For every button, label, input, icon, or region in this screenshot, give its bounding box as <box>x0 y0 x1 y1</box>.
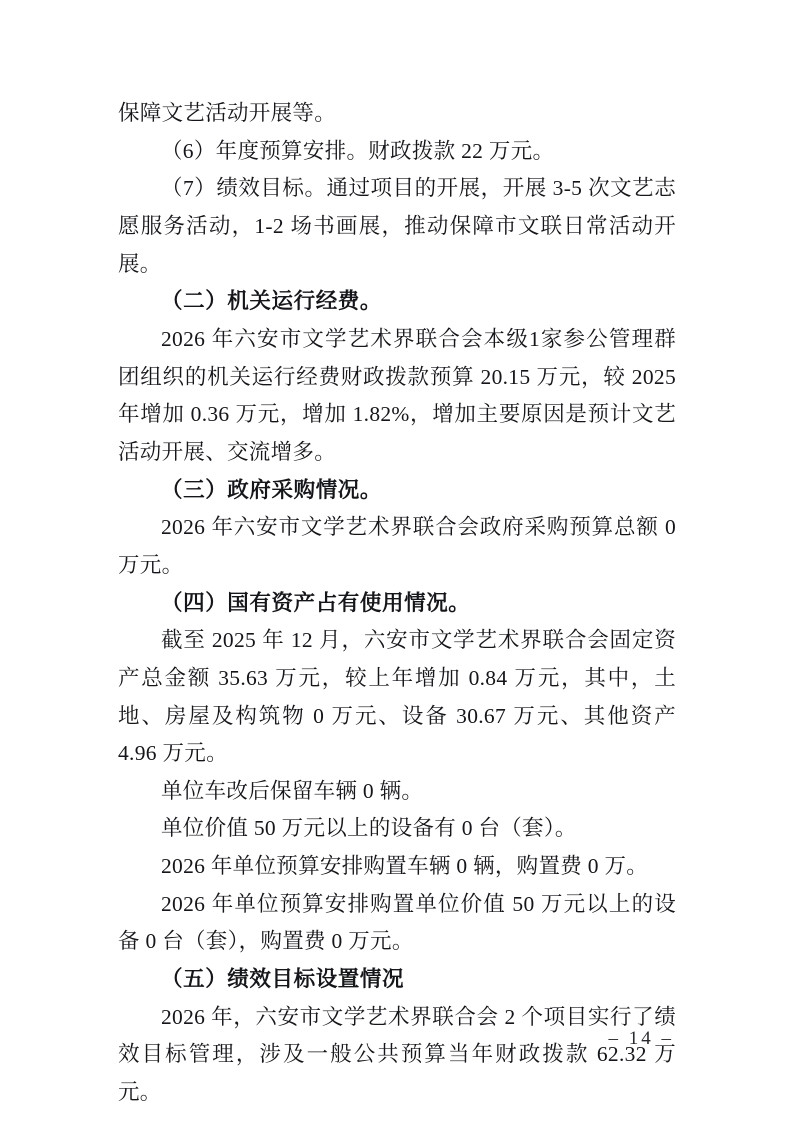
section-heading: （五）绩效目标设置情况 <box>118 961 676 999</box>
page-number: – 14 – <box>609 1027 675 1051</box>
body-paragraph: 2026 年六安市文学艺术界联合会政府采购预算总额 0 万元。 <box>118 509 676 584</box>
body-paragraph: 2026 年单位预算安排购置单位价值 50 万元以上的设备 0 台（套），购置费… <box>118 886 676 961</box>
body-paragraph: 截至 2025 年 12 月，六安市文学艺术界联合会固定资产总金额 35.63 … <box>118 622 676 773</box>
body-paragraph: 2026 年单位预算安排购置车辆 0 辆，购置费 0 万。 <box>118 848 676 886</box>
section-heading: （四）国有资产占有使用情况。 <box>118 585 676 623</box>
body-paragraph: （7）绩效目标。通过项目的开展，开展 3-5 次文艺志愿服务活动，1-2 场书画… <box>118 170 676 283</box>
section-heading: （三）政府采购情况。 <box>118 472 676 510</box>
body-paragraph: 保障文艺活动开展等。 <box>118 95 676 133</box>
body-paragraph: 2026 年六安市文学艺术界联合会本级1家参公管理群团组织的机关运行经费财政拨款… <box>118 321 676 472</box>
body-paragraph: 单位车改后保留车辆 0 辆。 <box>118 773 676 811</box>
document-body: 保障文艺活动开展等。 （6）年度预算安排。财政拨款 22 万元。 （7）绩效目标… <box>118 95 676 1112</box>
body-paragraph: 单位价值 50 万元以上的设备有 0 台（套）。 <box>118 810 676 848</box>
body-paragraph: （6）年度预算安排。财政拨款 22 万元。 <box>118 133 676 171</box>
body-paragraph: 2026 年，六安市文学艺术界联合会 2 个项目实行了绩效目标管理，涉及一般公共… <box>118 999 676 1112</box>
section-heading: （二）机关运行经费。 <box>118 283 676 321</box>
document-page: 保障文艺活动开展等。 （6）年度预算安排。财政拨款 22 万元。 （7）绩效目标… <box>0 0 793 1122</box>
